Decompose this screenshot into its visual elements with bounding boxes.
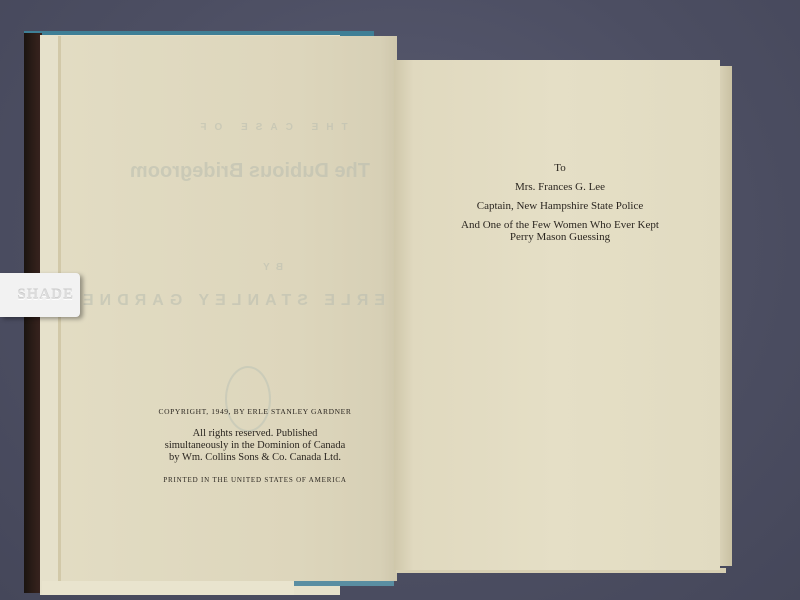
show-through-by: BY: [240, 262, 300, 273]
left-endpaper-bottom: [42, 581, 294, 595]
shade-tab: SHADE: [0, 273, 80, 317]
show-through-series-label: THE CASE OF: [180, 122, 360, 133]
right-page-stack-edge: [720, 66, 732, 566]
dedication-to: To: [420, 162, 700, 174]
copyright-block: COPYRIGHT, 1949, BY ERLE STANLEY GARDNER…: [140, 407, 370, 484]
rights-line: simultaneously in the Dominion of Canada: [140, 440, 370, 452]
rights-line: All rights reserved. Published: [140, 428, 370, 440]
dedication-tribute: And One of the Few Women Who Ever Kept P…: [420, 219, 700, 243]
rights-line: by Wm. Collins Sons & Co. Canada Ltd.: [140, 452, 370, 464]
dedication-name: Mrs. Frances G. Lee: [420, 181, 700, 193]
show-through-title: The Dubious Bridegroom: [130, 160, 370, 183]
right-page: [394, 60, 720, 570]
printed-in-line: PRINTED IN THE UNITED STATES OF AMERICA: [140, 476, 370, 484]
dedication-line: And One of the Few Women Who Ever Kept: [420, 219, 700, 231]
show-through-author: ERLE STANLEY GARDNER: [115, 292, 385, 310]
copyright-line: COPYRIGHT, 1949, BY ERLE STANLEY GARDNER: [140, 407, 370, 416]
dedication-line: Perry Mason Guessing: [420, 231, 700, 243]
rights-text: All rights reserved. Published simultane…: [140, 428, 370, 464]
dedication-title: Captain, New Hampshire State Police: [420, 200, 700, 212]
shade-tab-label: SHADE: [17, 287, 74, 304]
dedication: To Mrs. Frances G. Lee Captain, New Hamp…: [420, 162, 700, 243]
